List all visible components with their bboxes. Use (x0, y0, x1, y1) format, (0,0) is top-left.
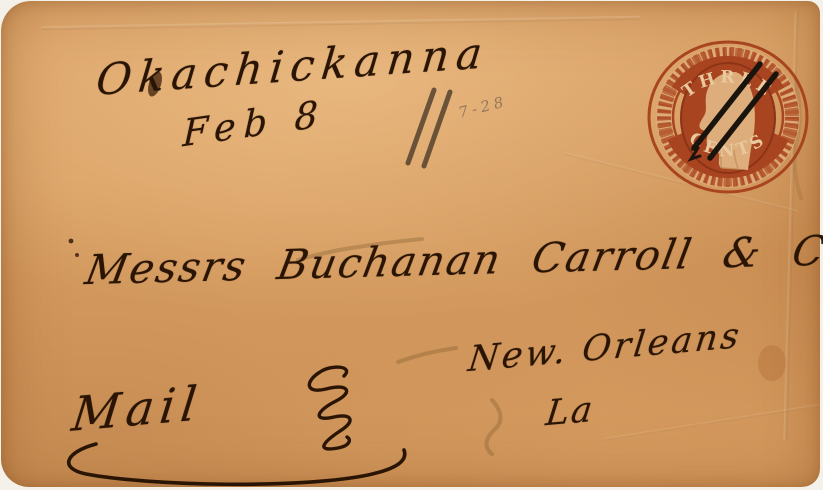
address-state: La (544, 390, 597, 435)
paper-crease (41, 16, 641, 30)
paper-crease (602, 404, 820, 441)
embossed-three-cent-stamp: THREE CENTS (642, 36, 814, 198)
